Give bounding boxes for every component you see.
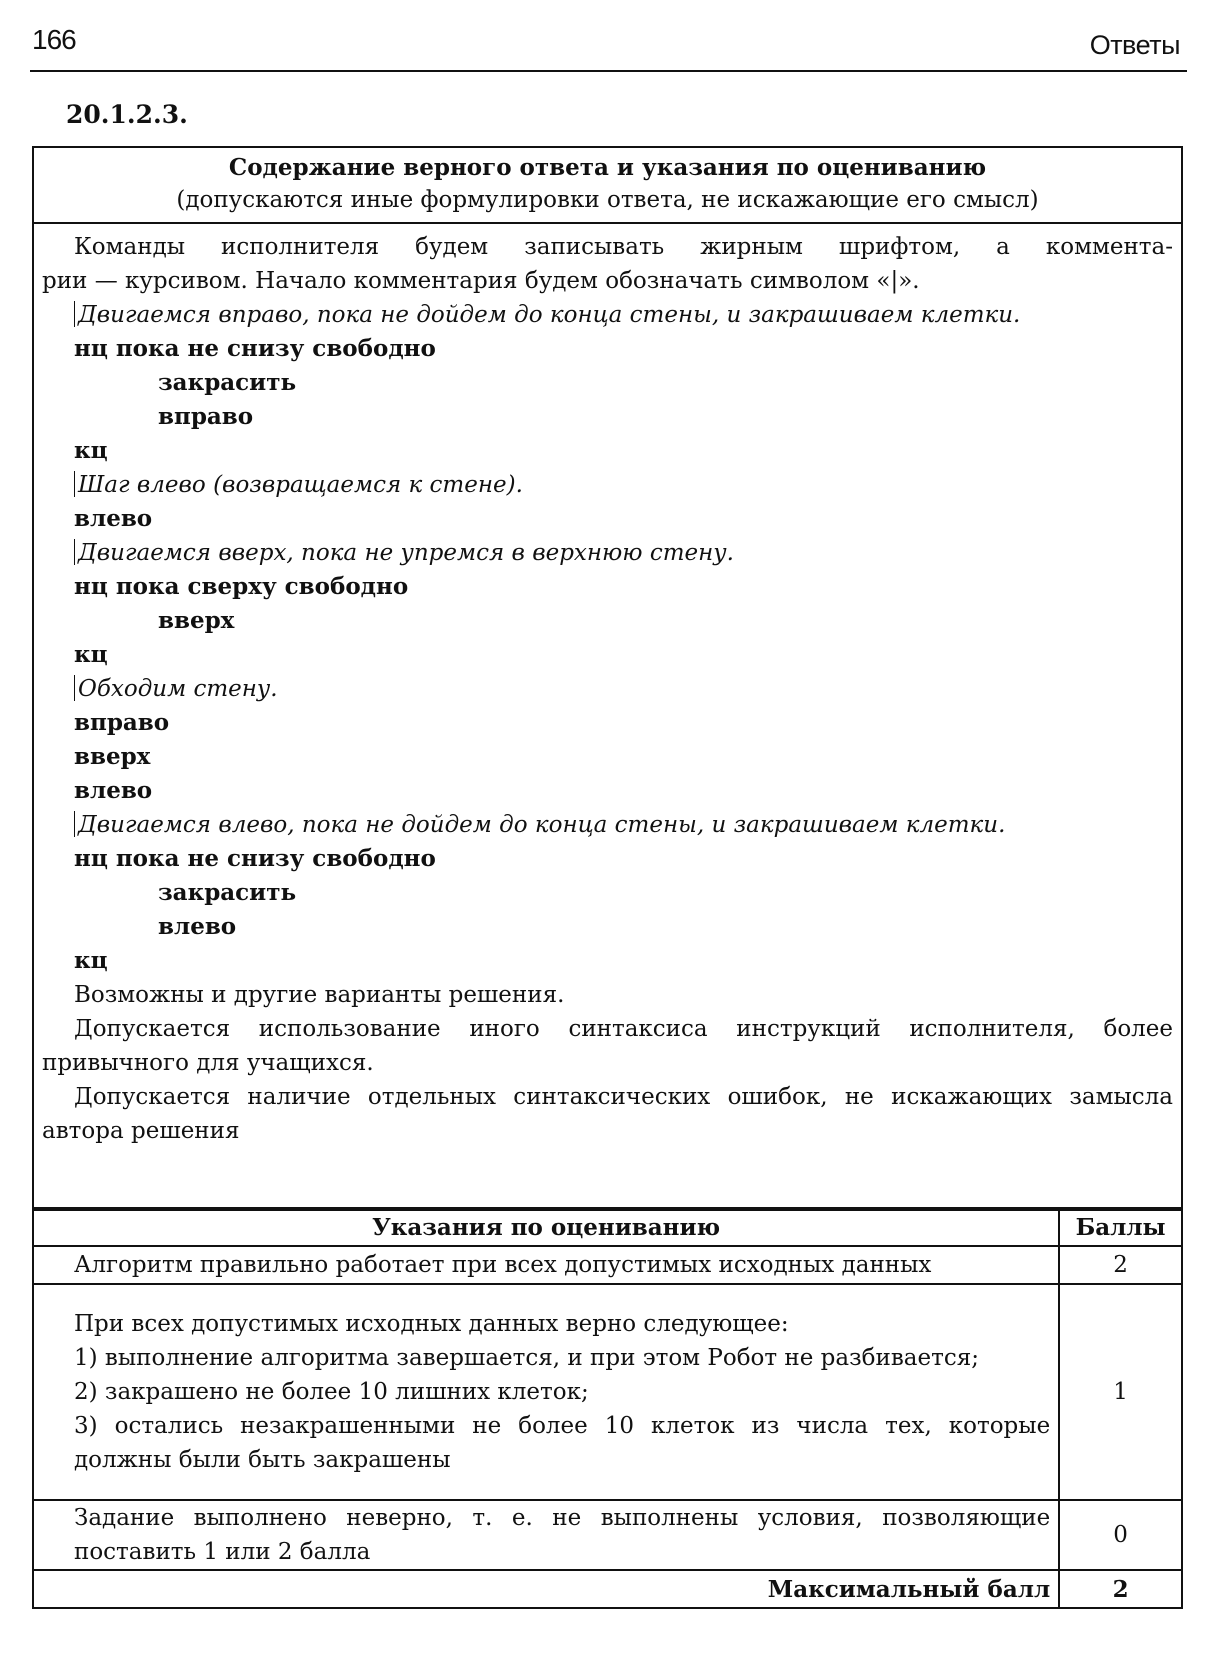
program-line-text: закрасить [158,879,296,906]
program-command: кц [42,434,1173,468]
criteria-text: При всех допустимых исходных данных верн… [42,1307,1050,1341]
program-line-text: Шаг влево (возвращаемся к стене). [78,472,523,498]
criteria-text: 3) остались незакрашенными не более 10 к… [42,1409,1050,1477]
program-line-text: нц пока не снизу свободно [74,845,436,872]
program-command: влево [42,910,1173,944]
header-rule [30,70,1187,72]
program-line-text: Двигаемся влево, пока не дойдем до конца… [78,812,1005,838]
points-cell: 2 [1059,1246,1182,1284]
answer-box-subtitle: (допускаются иные формулировки ответа, н… [34,184,1181,216]
note-paragraph: Возможны и другие варианты решения. [42,978,1173,1012]
running-head: Ответы [1090,30,1180,61]
comment-marker-icon [74,539,75,565]
criteria-cell: Алгоритм правильно работает при всех доп… [33,1246,1059,1284]
program-line-text: вверх [158,607,234,634]
program-comment: Двигаемся вправо, пока не дойдем до конц… [42,298,1173,332]
scoring-table: Указания по оцениванию Баллы Алгоритм пр… [32,1207,1183,1609]
intro-line: рии — курсивом. Начало комментария будем… [42,264,1173,298]
note-text: Возможны и другие варианты решения. [42,982,564,1008]
program-line-text: Обходим стену. [78,676,278,702]
criteria-text: Задание выполнено неверно, т. е. не выпо… [42,1501,1050,1569]
program-command: нц пока сверху свободно [42,570,1173,604]
comment-marker-icon [74,471,75,497]
program-command: влево [42,502,1173,536]
program-line-text: вправо [158,403,253,430]
max-score-label: Максимальный балл [33,1570,1059,1608]
criteria-text: Алгоритм правильно работает при всех доп… [42,1248,1050,1282]
page-number: 166 [32,24,76,56]
program-line-text: вверх [74,743,150,770]
scoring-header-row: Указания по оцениванию Баллы [33,1208,1182,1246]
note-text: Допускается наличие отдельных синтаксиче… [42,1084,1173,1144]
answer-box-title-cell: Содержание верного ответа и указания по … [34,148,1181,224]
criteria-cell: При всех допустимых исходных данных верн… [33,1284,1059,1500]
points-cell: 0 [1059,1500,1182,1570]
scoring-row: Алгоритм правильно работает при всех доп… [33,1246,1182,1284]
program-command: нц пока не снизу свободно [42,842,1173,876]
program-line-text: Двигаемся вправо, пока не дойдем до конц… [78,302,1020,328]
task-id: 20.1.2.3. [66,100,188,129]
program-comment: Обходим стену. [42,672,1173,706]
program-comment: Двигаемся вверх, пока не упремся в верхн… [42,536,1173,570]
max-score-value: 2 [1059,1570,1182,1608]
program-line-text: нц пока сверху свободно [74,573,408,600]
program-command: закрасить [42,366,1173,400]
program-comment: Шаг влево (возвращаемся к стене). [42,468,1173,502]
answer-content: Команды исполнителя будем записывать жир… [34,224,1181,1209]
comment-marker-icon [74,301,75,327]
points-cell: 1 [1059,1284,1182,1500]
program-command: нц пока не снизу свободно [42,332,1173,366]
program-line-text: кц [74,641,108,668]
max-score-row: Максимальный балл2 [33,1570,1182,1608]
answer-box: Содержание верного ответа и указания по … [32,146,1183,1211]
program-command: кц [42,944,1173,978]
note-paragraph: Допускается наличие отдельных синтаксиче… [42,1080,1173,1148]
answer-box-title: Содержание верного ответа и указания по … [34,152,1181,184]
program-line-text: кц [74,947,108,974]
program-command: закрасить [42,876,1173,910]
comment-marker-icon [74,811,75,837]
comment-marker-icon [74,675,75,701]
program-command: вправо [42,400,1173,434]
program-line-text: влево [74,777,152,804]
program-command: кц [42,638,1173,672]
points-header: Баллы [1059,1208,1182,1246]
program-line-text: закрасить [158,369,296,396]
note-paragraph: Допускается использование иного синтакси… [42,1012,1173,1080]
criteria-cell: Задание выполнено неверно, т. е. не выпо… [33,1500,1059,1570]
program-command: вверх [42,604,1173,638]
program-line-text: кц [74,437,108,464]
scoring-row: При всех допустимых исходных данных верн… [33,1284,1182,1500]
criteria-header: Указания по оцениванию [33,1208,1059,1246]
program-line-text: вправо [74,709,169,736]
program-line-text: нц пока не снизу свободно [74,335,436,362]
program-listing: Двигаемся вправо, пока не дойдем до конц… [42,298,1173,978]
program-command: вверх [42,740,1173,774]
program-line-text: влево [74,505,152,532]
note-text: Допускается использование иного синтакси… [42,1016,1173,1076]
notes: Возможны и другие варианты решения.Допус… [42,978,1173,1148]
intro-line: Команды исполнителя будем записывать жир… [42,230,1173,264]
program-line-text: Двигаемся вверх, пока не упремся в верхн… [78,540,734,566]
program-command: влево [42,774,1173,808]
criteria-text: 2) закрашено не более 10 лишних клеток; [42,1375,1050,1409]
criteria-text: 1) выполнение алгоритма завершается, и п… [42,1341,1050,1375]
program-line-text: влево [158,913,236,940]
scoring-row: Задание выполнено неверно, т. е. не выпо… [33,1500,1182,1570]
program-command: вправо [42,706,1173,740]
program-comment: Двигаемся влево, пока не дойдем до конца… [42,808,1173,842]
